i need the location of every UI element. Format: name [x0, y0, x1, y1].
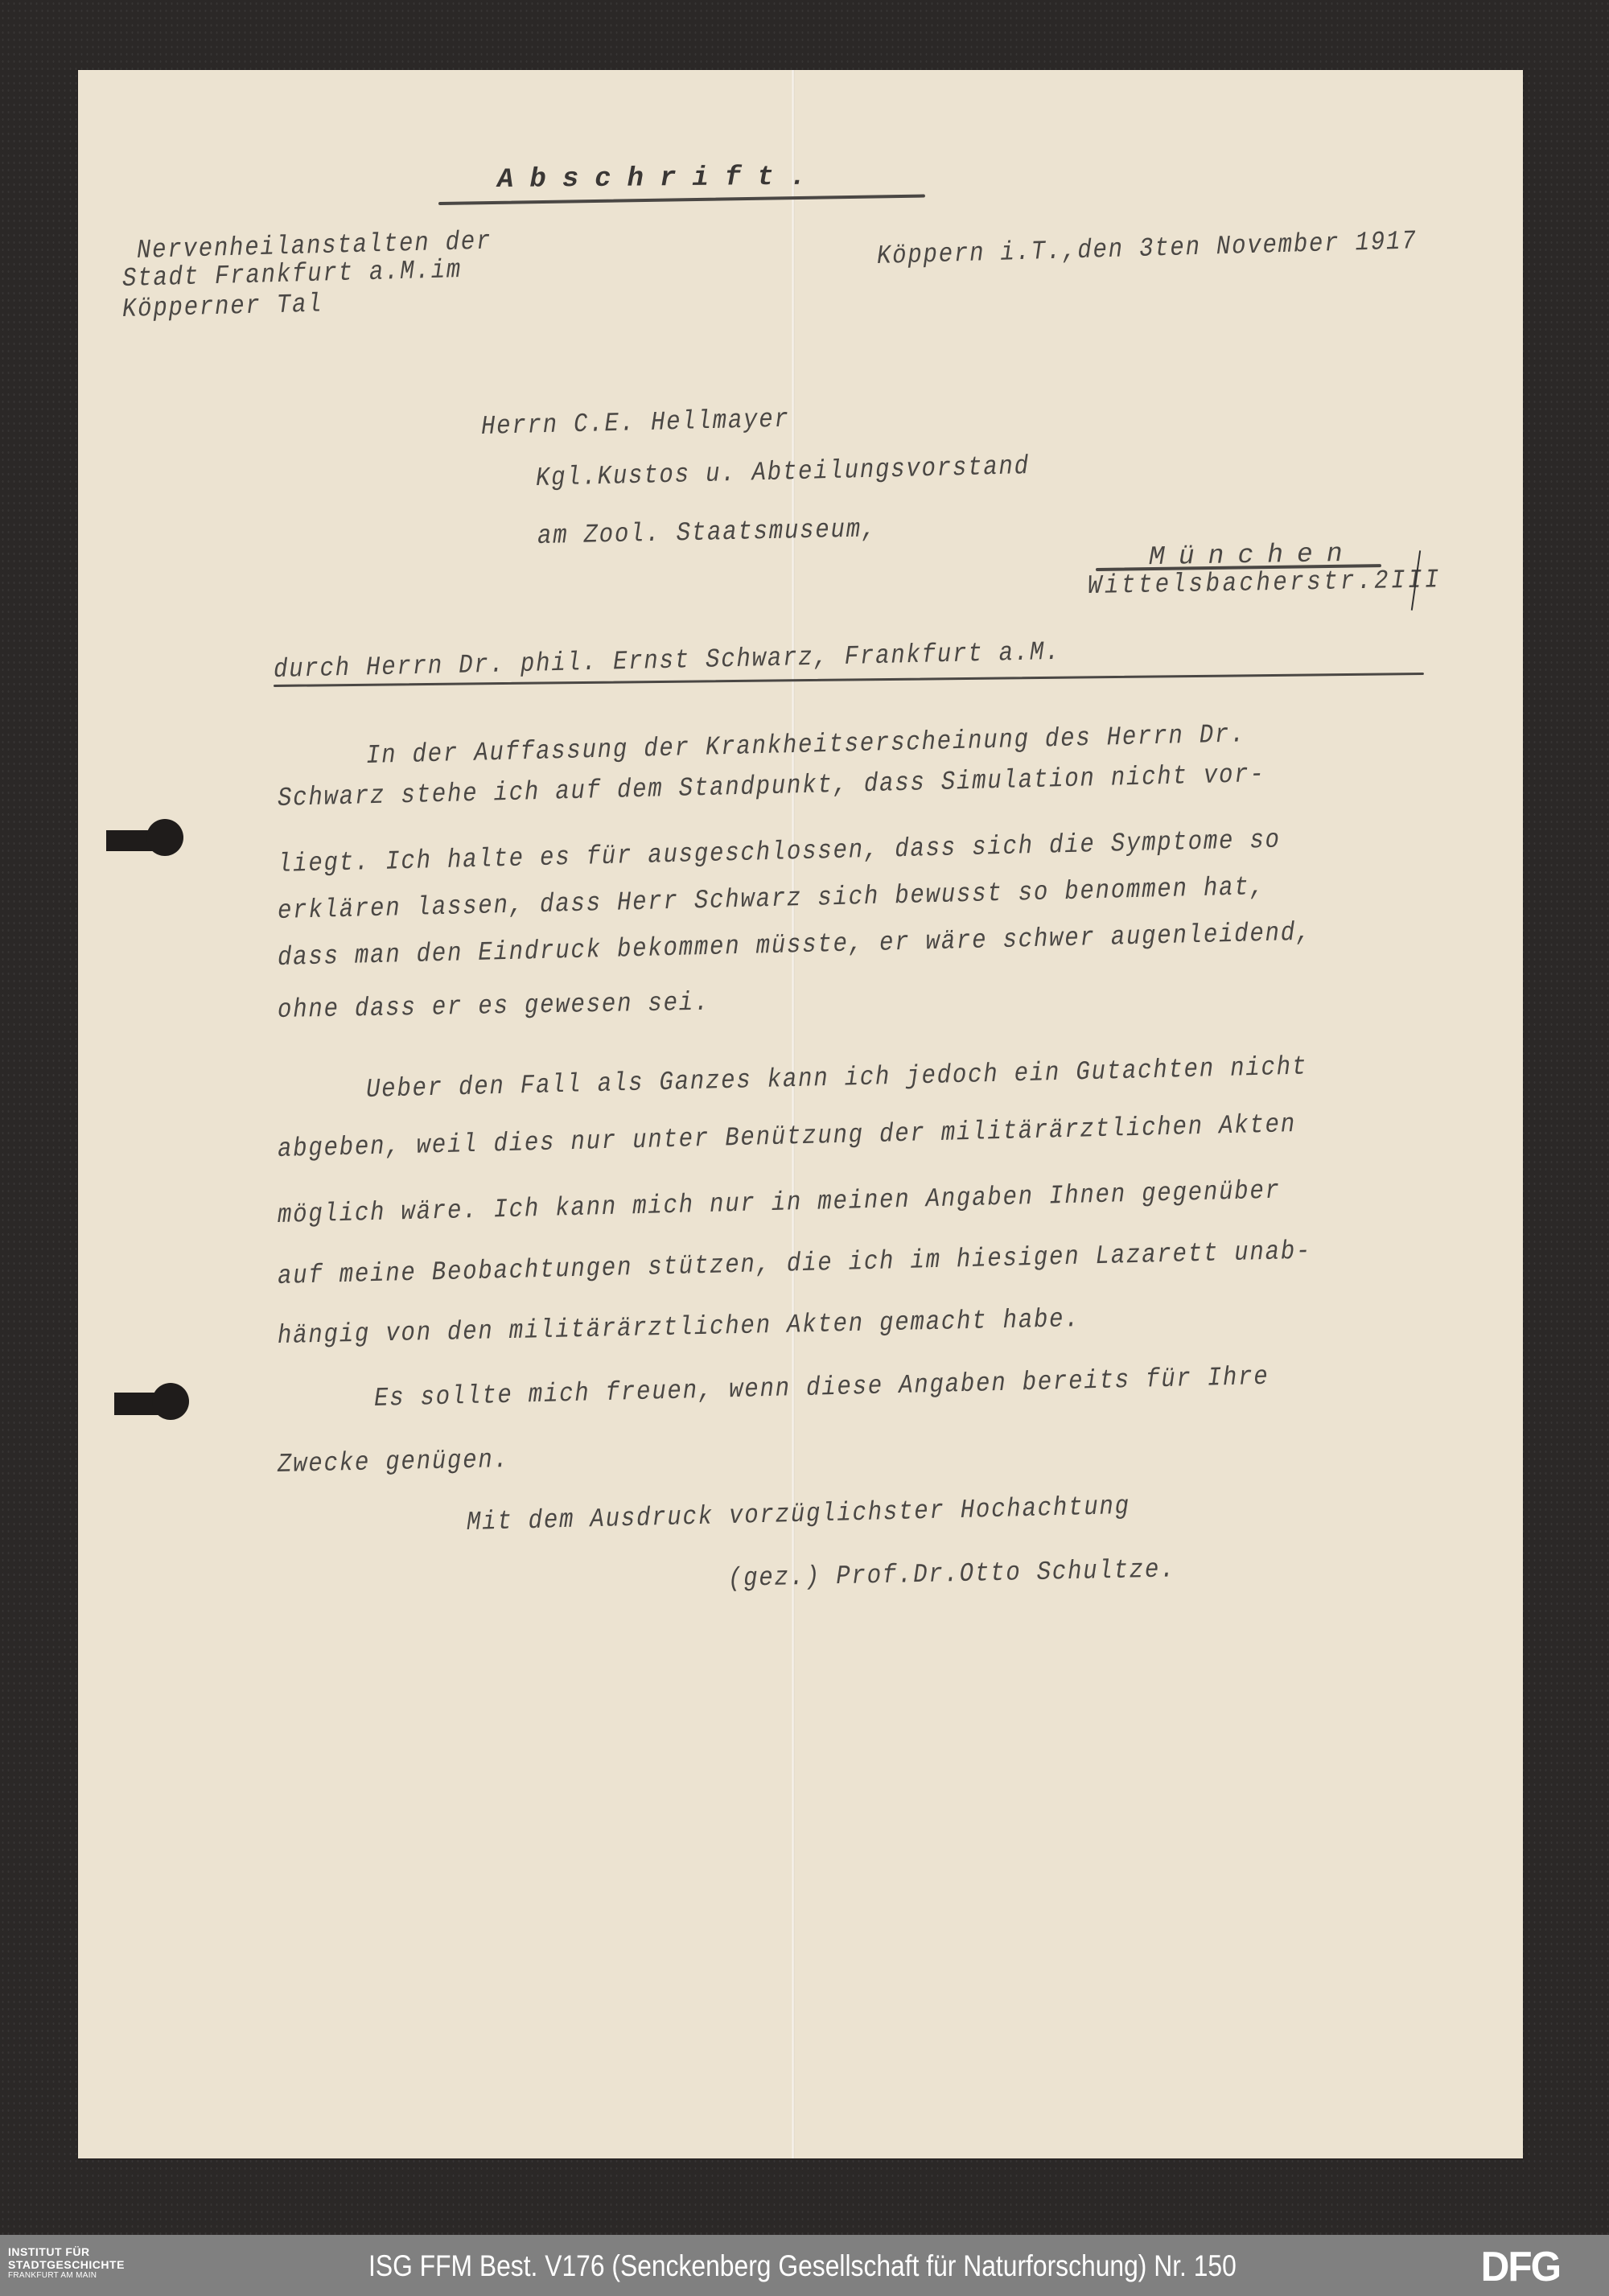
archive-caption: ISG FFM Best. V176 (Senckenberg Gesellsc… — [368, 2249, 1237, 2283]
institution-city: FRANKFURT AM MAIN — [8, 2272, 125, 2280]
sender-line-3: Köpperner Tal — [122, 289, 323, 324]
body-line: Zwecke genügen. — [278, 1445, 510, 1479]
recipient-street: Wittelsbacherstr.2III — [1088, 565, 1442, 601]
document-heading: Abschrift. — [497, 162, 822, 195]
institution-name-line-1: INSTITUT FÜR — [8, 2246, 125, 2257]
archive-footer-bar: INSTITUT FÜR STADTGESCHICHTE FRANKFURT A… — [0, 2235, 1609, 2296]
document-page — [78, 70, 1523, 2158]
institution-logo: INSTITUT FÜR STADTGESCHICHTE FRANKFURT A… — [8, 2246, 125, 2280]
fold-line — [792, 70, 794, 2158]
dfg-logo: DFG — [1481, 2246, 1561, 2288]
institution-name-line-2: STADTGESCHICHTE — [8, 2259, 125, 2270]
